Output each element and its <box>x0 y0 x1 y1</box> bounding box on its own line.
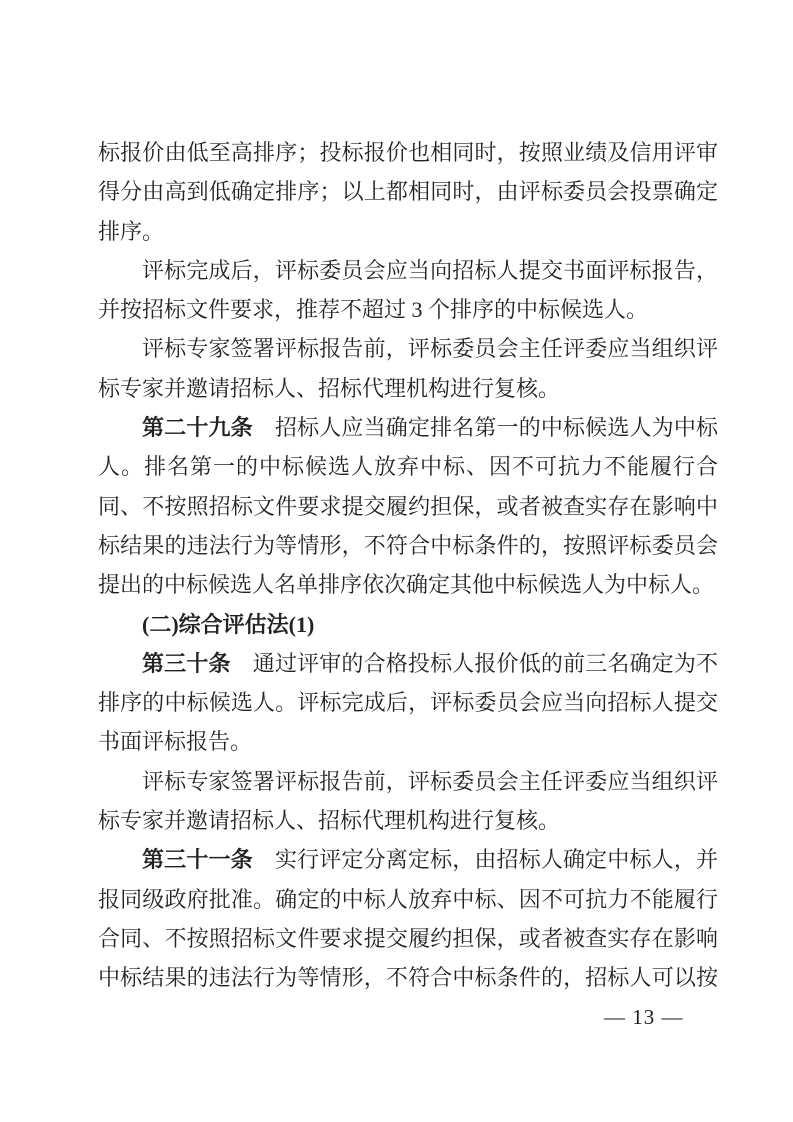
footer-page-number: — 13 — <box>604 1002 684 1032</box>
text-line: 标专家并邀请招标人、招标代理机构进行复核。 <box>98 369 718 408</box>
article-number: 第三十条 <box>142 651 231 676</box>
text-line: 排序。 <box>98 212 718 251</box>
text-line: 标专家并邀请招标人、招标代理机构进行复核。 <box>98 801 718 840</box>
text-line: 提出的中标候选人名单排序依次确定其他中标候选人为中标人。 <box>98 565 718 604</box>
text-line: 中标结果的违法行为等情形，不符合中标条件的，招标人可以按 <box>98 958 718 997</box>
document-page: 标报价由低至高排序；投标报价也相同时，按照业绩及信用评审得分由高到低确定排序；以… <box>0 0 793 1122</box>
text-line: 第三十一条 实行评定分离定标，由招标人确定中标人，并 <box>98 840 718 879</box>
text-line: 并按招标文件要求，推荐不超过 3 个排序的中标候选人。 <box>98 290 718 329</box>
article-number: 第二十九条 <box>142 415 253 440</box>
text-line: 得分由高到低确定排序；以上都相同时，由评标委员会投票确定 <box>98 172 718 211</box>
text-line: 评标完成后，评标委员会应当向招标人提交书面评标报告， <box>98 251 718 290</box>
section-heading: (二)综合评估法(1) <box>98 605 718 644</box>
text-line: 同、不按照招标文件要求提交履约担保，或者被查实存在影响中 <box>98 487 718 526</box>
text-line: 第三十条 通过评审的合格投标人报价低的前三名确定为不 <box>98 644 718 683</box>
text-line: 第二十九条 招标人应当确定排名第一的中标候选人为中标 <box>98 408 718 447</box>
article-number: 第三十一条 <box>142 847 253 872</box>
text-line: 报同级政府批准。确定的中标人放弃中标、因不可抗力不能履行 <box>98 880 718 919</box>
text-line: 书面评标报告。 <box>98 722 718 761</box>
text-block: 标报价由低至高排序；投标报价也相同时，按照业绩及信用评审得分由高到低确定排序；以… <box>98 133 718 998</box>
text-line: 评标专家签署评标报告前，评标委员会主任评委应当组织评 <box>98 762 718 801</box>
text-line: 评标专家签署评标报告前，评标委员会主任评委应当组织评 <box>98 329 718 368</box>
text-line: 排序的中标候选人。评标完成后，评标委员会应当向招标人提交 <box>98 683 718 722</box>
text-line: 标报价由低至高排序；投标报价也相同时，按照业绩及信用评审 <box>98 133 718 172</box>
text-line: 合同、不按照招标文件要求提交履约担保，或者被查实存在影响 <box>98 919 718 958</box>
text-line: 标结果的违法行为等情形，不符合中标条件的，按照评标委员会 <box>98 526 718 565</box>
text-line: 人。排名第一的中标候选人放弃中标、因不可抗力不能履行合 <box>98 447 718 486</box>
